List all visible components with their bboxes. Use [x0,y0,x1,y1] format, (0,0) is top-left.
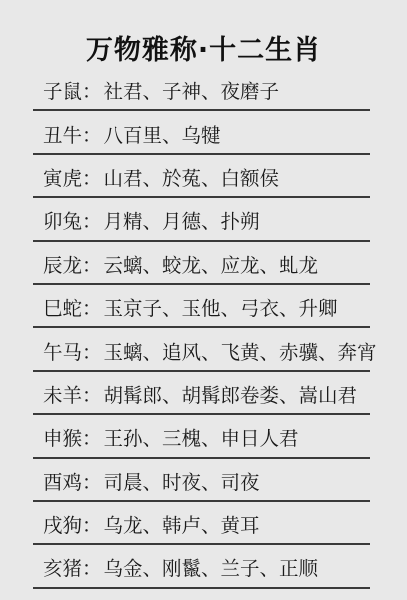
elegant-names: 山君、於菟、白额侯 [104,163,280,191]
separator: ： [82,467,102,495]
zodiac-label: 卯兔 [43,206,82,234]
list-item: 子鼠：社君、子神、夜磨子 [33,68,370,111]
elegant-names: 王孙、三槐、申日人君 [104,423,299,451]
list-item: 辰龙：云螭、蛟龙、应龙、虬龙 [33,242,370,285]
elegant-names: 胡髯郎、胡髯郎卷娄、嵩山君 [104,380,358,408]
elegant-names: 月精、月德、扑朔 [104,206,260,234]
list-item: 戌狗：乌龙、韩卢、黄耳 [33,502,370,545]
zodiac-list: 子鼠：社君、子神、夜磨子 丑牛：八百里、乌犍 寅虎：山君、於菟、白额侯 卯兔：月… [33,68,370,589]
zodiac-label: 未羊 [43,380,82,408]
separator: ： [82,76,102,104]
elegant-names: 社君、子神、夜磨子 [104,76,280,104]
elegant-names: 乌金、刚鬣、兰子、正顺 [104,553,319,581]
elegant-names: 玉螭、追风、飞黄、赤骥、奔宵 [104,337,377,365]
separator: ： [82,380,102,408]
elegant-names: 司晨、时夜、司夜 [104,467,260,495]
list-item: 申猴：王孙、三槐、申日人君 [33,415,370,458]
list-item: 卯兔：月精、月德、扑朔 [33,198,370,241]
zodiac-label: 辰龙 [43,250,82,278]
zodiac-label: 子鼠 [43,76,82,104]
separator: ： [82,163,102,191]
separator: ： [82,250,102,278]
zodiac-label: 亥猪 [43,553,82,581]
list-item: 巳蛇：玉京子、玉他、弓衣、升卿 [33,285,370,328]
separator: ： [82,510,102,538]
zodiac-label: 午马 [43,337,82,365]
zodiac-label: 丑牛 [43,120,82,148]
list-item: 亥猪：乌金、刚鬣、兰子、正顺 [33,545,370,588]
list-item: 丑牛：八百里、乌犍 [33,111,370,154]
separator: ： [82,337,102,365]
elegant-names: 乌龙、韩卢、黄耳 [104,510,260,538]
page-title: 万物雅称·十二生肖 [0,28,407,67]
zodiac-label: 酉鸡 [43,467,82,495]
zodiac-label: 寅虎 [43,163,82,191]
separator: ： [82,553,102,581]
separator: ： [82,206,102,234]
elegant-names: 云螭、蛟龙、应龙、虬龙 [104,250,319,278]
list-item: 午马：玉螭、追风、飞黄、赤骥、奔宵 [33,328,370,371]
zodiac-label: 申猴 [43,423,82,451]
elegant-names: 玉京子、玉他、弓衣、升卿 [104,293,338,321]
elegant-names: 八百里、乌犍 [104,120,221,148]
list-item: 未羊：胡髯郎、胡髯郎卷娄、嵩山君 [33,372,370,415]
separator: ： [82,423,102,451]
zodiac-label: 戌狗 [43,510,82,538]
separator: ： [82,293,102,321]
list-item: 酉鸡：司晨、时夜、司夜 [33,459,370,502]
zodiac-label: 巳蛇 [43,293,82,321]
list-item: 寅虎：山君、於菟、白额侯 [33,155,370,198]
separator: ： [82,120,102,148]
